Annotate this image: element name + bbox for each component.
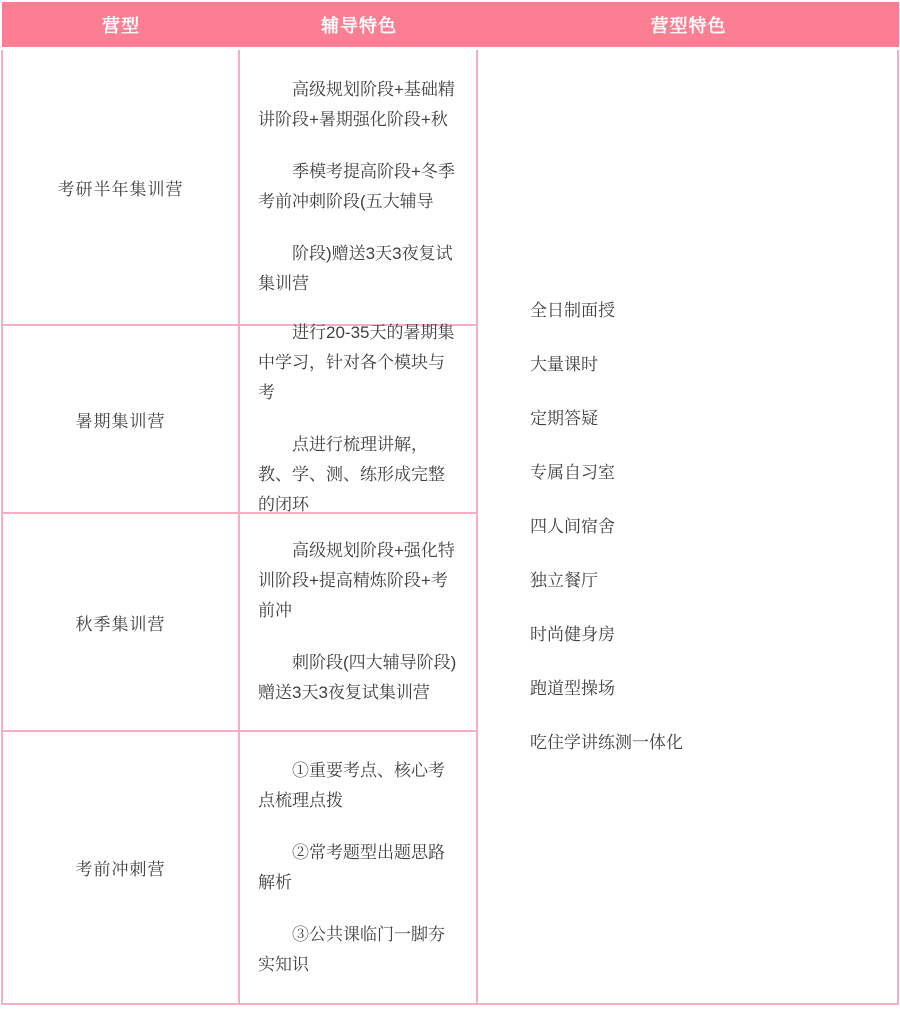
tutoring-features-cell-half-year: 高级规划阶段+基础精讲阶段+暑期强化阶段+秋 季模考提高阶段+冬季考前冲刺阶段(…: [240, 50, 476, 326]
camp-features-cell: 全日制面授 大量课时 定期答疑 专属自习室 四人间宿舍 独立餐厅 时尚健身房 跑…: [478, 50, 897, 1003]
feature-paragraph: ③公共课临门一脚夯实知识: [258, 920, 458, 980]
camp-type-column: 考研半年集训营 暑期集训营 秋季集训营 考前冲刺营: [3, 50, 240, 1003]
tutoring-features-cell-pre-exam: ①重要考点、核心考点梳理点拨 ②常考题型出题思路解析 ③公共课临门一脚夯实知识: [240, 732, 476, 1003]
feature-paragraph: ①重要考点、核心考点梳理点拨: [258, 756, 458, 816]
camp-name: 暑期集训营: [76, 407, 166, 432]
tutoring-features-column: 高级规划阶段+基础精讲阶段+暑期强化阶段+秋 季模考提高阶段+冬季考前冲刺阶段(…: [240, 50, 478, 1003]
camp-feature-item: 全日制面授: [496, 296, 879, 326]
tutoring-features-cell-summer: 进行20-35天的暑期集中学习，针对各个模块与考 点进行梳理讲解，教、学、测、练…: [240, 326, 476, 514]
camp-name-cell-summer: 暑期集训营: [3, 326, 238, 514]
feature-paragraph: 进行20-35天的暑期集中学习，针对各个模块与考: [258, 318, 458, 408]
tutoring-features-cell-autumn: 高级规划阶段+强化特训阶段+提高精炼阶段+考前冲 刺阶段(四大辅导阶段)赠送3天…: [240, 514, 476, 732]
feature-paragraph: ②常考题型出题思路解析: [258, 838, 458, 898]
camp-name: 考研半年集训营: [58, 175, 184, 200]
camp-name-cell-autumn: 秋季集训营: [3, 514, 238, 732]
camp-name-cell-half-year: 考研半年集训营: [3, 50, 238, 326]
camp-comparison-table: 营型 辅导特色 营型特色 考研半年集训营 暑期集训营 秋季集训营 考前冲刺营 高…: [0, 0, 900, 1012]
camp-name-cell-pre-exam: 考前冲刺营: [3, 732, 238, 1003]
table-header-row: 营型 辅导特色 营型特色: [2, 2, 899, 47]
header-tutoring-features: 辅导特色: [240, 12, 478, 38]
camp-feature-item: 定期答疑: [496, 404, 879, 434]
camp-feature-item: 大量课时: [496, 350, 879, 380]
feature-paragraph: 高级规划阶段+基础精讲阶段+暑期强化阶段+秋: [258, 75, 458, 135]
feature-paragraph: 点进行梳理讲解，教、学、测、练形成完整的闭环: [258, 430, 458, 520]
header-camp-features: 营型特色: [478, 12, 899, 38]
header-camp-type: 营型: [2, 12, 240, 38]
feature-paragraph: 高级规划阶段+强化特训阶段+提高精炼阶段+考前冲: [258, 536, 458, 626]
camp-feature-item: 四人间宿舍: [496, 512, 879, 542]
feature-paragraph: 阶段)赠送3天3夜复试集训营: [258, 239, 458, 299]
camp-feature-item: 跑道型操场: [496, 674, 879, 704]
camp-feature-item: 专属自习室: [496, 458, 879, 488]
camp-name: 秋季集训营: [76, 610, 166, 635]
table-body: 考研半年集训营 暑期集训营 秋季集训营 考前冲刺营 高级规划阶段+基础精讲阶段+…: [1, 50, 899, 1005]
camp-name: 考前冲刺营: [76, 855, 166, 880]
camp-feature-item: 吃住学讲练测一体化: [496, 728, 879, 758]
camp-feature-item: 时尚健身房: [496, 620, 879, 650]
feature-paragraph: 季模考提高阶段+冬季考前冲刺阶段(五大辅导: [258, 157, 458, 217]
feature-paragraph: 刺阶段(四大辅导阶段)赠送3天3夜复试集训营: [258, 648, 458, 708]
camp-feature-item: 独立餐厅: [496, 566, 879, 596]
